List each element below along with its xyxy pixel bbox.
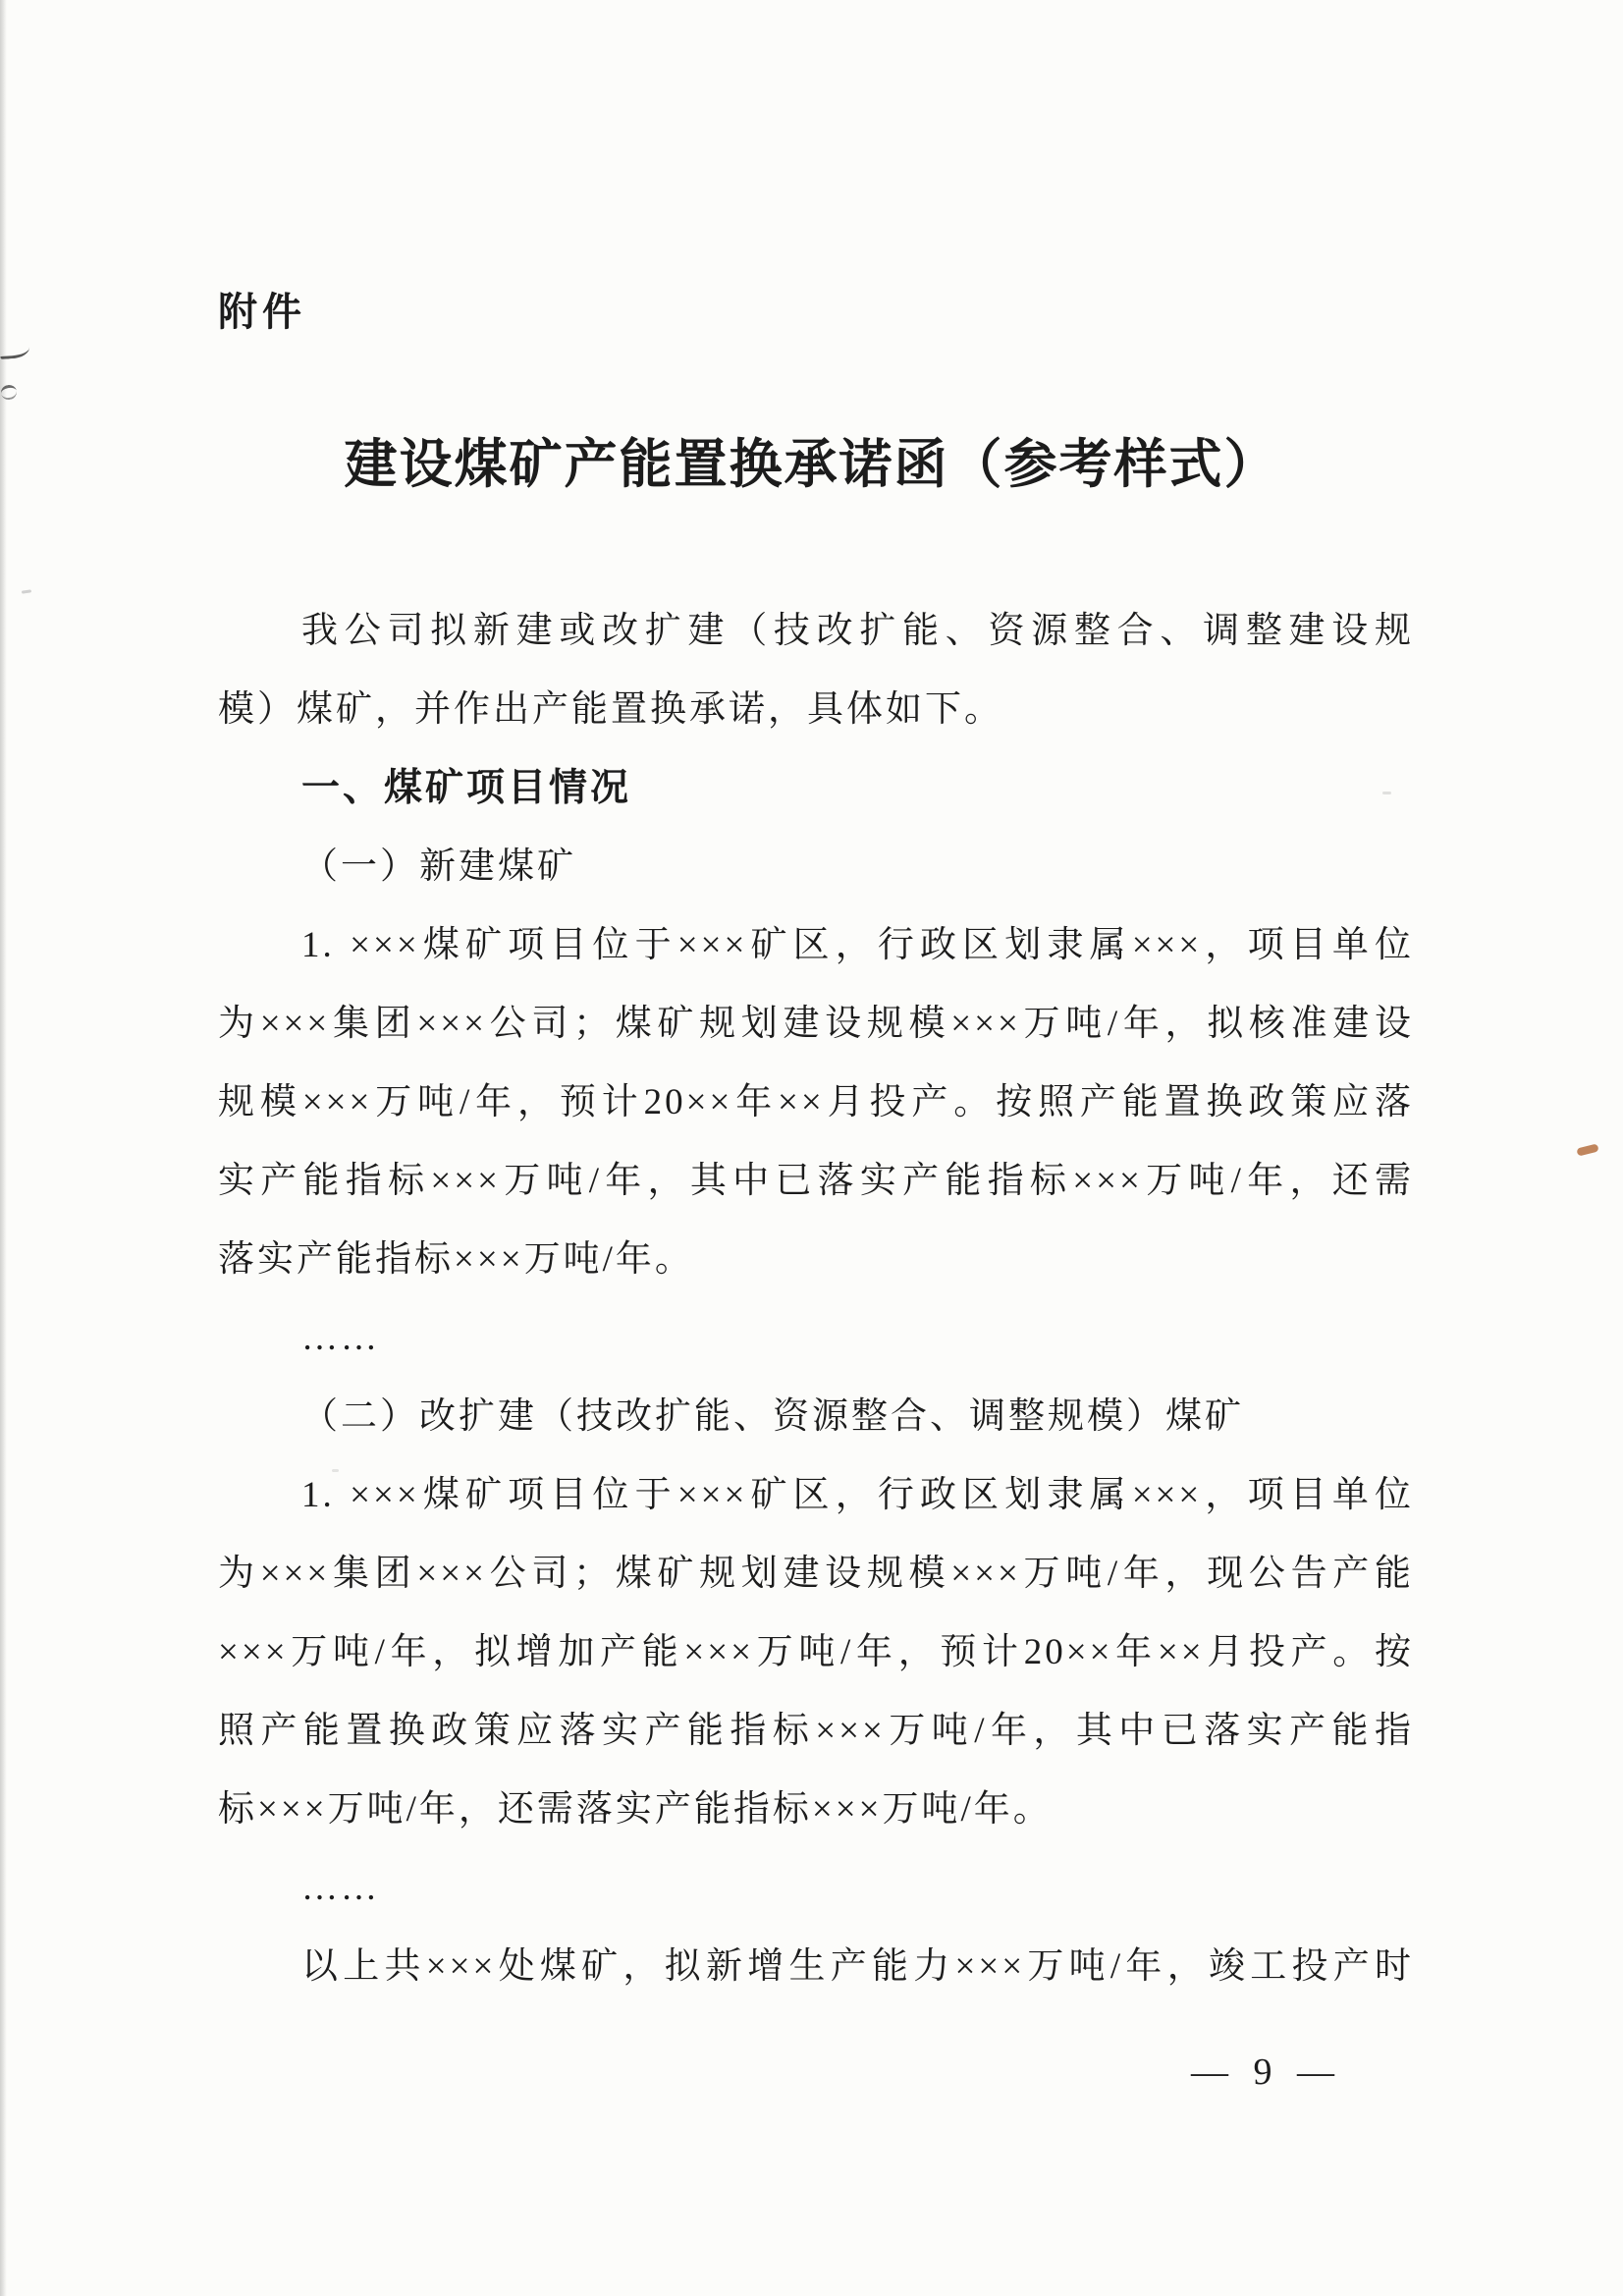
paragraph: ……	[218, 1849, 1414, 1928]
text-line: 一、煤矿项目情况	[218, 749, 1414, 828]
paragraph: 以上共×××处煤矿，拟新增生产能力×××万吨/年，竣工投产时	[218, 1928, 1414, 2006]
paragraph: 1. ×××煤矿项目位于×××矿区，行政区划隶属×××，项目单位为×××集团××…	[218, 906, 1414, 1299]
scanned-document-page: 附件 建设煤矿产能置换承诺函（参考样式） 我公司拟新建或改扩建（技改扩能、资源整…	[0, 0, 1623, 2296]
paragraph: ……	[218, 1299, 1414, 1378]
scan-artifact-curl	[0, 341, 30, 359]
section-heading: 一、煤矿项目情况	[218, 749, 1414, 828]
text-line: 照产能置换政策应落实产能指标×××万吨/年，其中已落实产能指	[218, 1692, 1414, 1771]
text-line: 落实产能指标×××万吨/年。	[218, 1221, 1414, 1299]
text-line: 为×××集团×××公司；煤矿规划建设规模×××万吨/年，现公告产能	[218, 1535, 1414, 1613]
text-line: 1. ×××煤矿项目位于×××矿区，行政区划隶属×××，项目单位	[218, 906, 1414, 985]
scan-stain-orange	[1576, 1143, 1598, 1156]
paragraph: 1. ×××煤矿项目位于×××矿区，行政区划隶属×××，项目单位为×××集团××…	[218, 1456, 1414, 1849]
text-line: 1. ×××煤矿项目位于×××矿区，行政区划隶属×××，项目单位	[218, 1456, 1414, 1535]
page-number: — 9 —	[1191, 2033, 1342, 2111]
text-line: ……	[218, 1299, 1414, 1378]
scan-speck	[22, 589, 31, 593]
document-title: 建设煤矿产能置换承诺函（参考样式）	[0, 432, 1623, 497]
text-line: ……	[218, 1849, 1414, 1928]
text-line: 模）煤矿，并作出产能置换承诺，具体如下。	[218, 671, 1414, 749]
text-line: （一）新建煤矿	[218, 828, 1414, 906]
text-line: 以上共×××处煤矿，拟新增生产能力×××万吨/年，竣工投产时	[218, 1928, 1414, 2006]
paragraph: （一）新建煤矿	[218, 828, 1414, 906]
text-line: 我公司拟新建或改扩建（技改扩能、资源整合、调整建设规	[218, 592, 1414, 671]
document-body: 我公司拟新建或改扩建（技改扩能、资源整合、调整建设规模）煤矿，并作出产能置换承诺…	[218, 592, 1414, 2006]
text-line: 实产能指标×××万吨/年，其中已落实产能指标×××万吨/年，还需	[218, 1142, 1414, 1221]
paragraph: 我公司拟新建或改扩建（技改扩能、资源整合、调整建设规模）煤矿，并作出产能置换承诺…	[218, 592, 1414, 749]
text-line: ×××万吨/年，拟增加产能×××万吨/年，预计20××年××月投产。按	[218, 1613, 1414, 1692]
attachment-label: 附件	[218, 291, 306, 334]
text-line: 标×××万吨/年，还需落实产能指标×××万吨/年。	[218, 1771, 1414, 1849]
text-line: 规模×××万吨/年，预计20××年××月投产。按照产能置换政策应落	[218, 1064, 1414, 1142]
text-line: 为×××集团×××公司；煤矿规划建设规模×××万吨/年，拟核准建设	[218, 985, 1414, 1064]
paragraph: （二）改扩建（技改扩能、资源整合、调整规模）煤矿	[218, 1378, 1414, 1456]
text-line: （二）改扩建（技改扩能、资源整合、调整规模）煤矿	[218, 1378, 1414, 1456]
